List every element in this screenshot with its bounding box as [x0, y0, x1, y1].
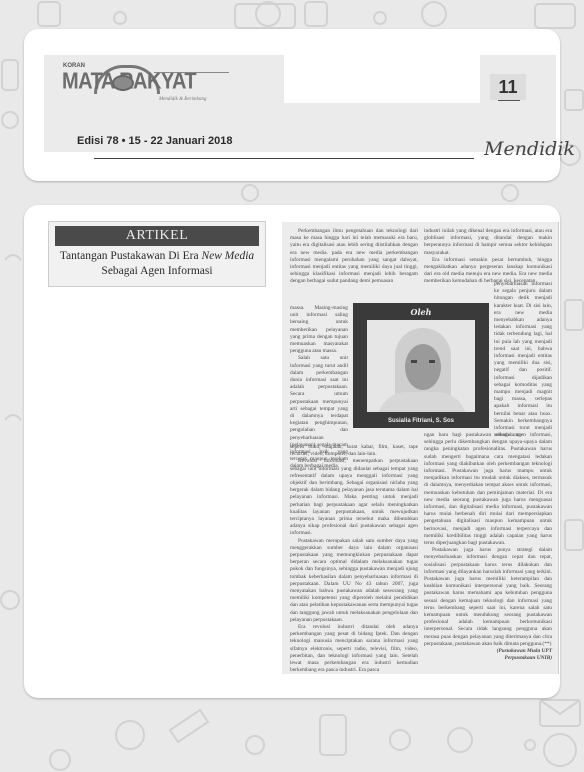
logo-tagline: Mendidik & Berimbang [159, 97, 207, 102]
paragraph: seperti buku, majalah, surat kabar, film… [290, 444, 418, 458]
article-category-label: ARTIKEL [55, 226, 259, 246]
paragraph: massa. Masing-masing unit informasi sali… [290, 305, 348, 355]
section-title: Mendidik dan [484, 138, 576, 160]
divider [94, 158, 474, 159]
author-label: Oleh [353, 307, 489, 317]
author-photo [367, 320, 475, 412]
author-name: Susialia Fitriani, S. Sos [353, 418, 489, 424]
logo-rule [154, 72, 229, 73]
logo-eye-icon [112, 75, 134, 91]
author-signature: Perpustakaan UNIB) [424, 655, 552, 662]
article-column: ngan baru bagi pustakawan sebagai agen i… [424, 432, 552, 663]
headline-text: Sebagai Agen Informasi [101, 265, 212, 277]
article-column: industri inilah yang dikenal dengan era … [424, 228, 552, 286]
article-card: ARTIKEL Tantangan Pustakawan Di Era New … [24, 205, 560, 698]
masthead-card: KORAN MATA RAKYAT Mendidik & Berimbang E… [24, 29, 560, 181]
headline-italic: New Media [201, 250, 254, 262]
article-column: penyebarluasan informasi ke segala penju… [494, 281, 552, 439]
divider [498, 100, 520, 101]
paragraph: Era revolusi industri ditandai oleh adan… [290, 624, 418, 674]
lock-icon [38, 2, 60, 26]
edition-date: Edisi 78 • 15 - 22 Januari 2018 [77, 135, 233, 147]
article-column: Perkembangan ilmu pengetahuan dan teknol… [290, 228, 418, 286]
chart-icon [235, 4, 295, 28]
photo-detail [411, 360, 435, 363]
headline-text: Tantangan Pustakawan Di Era [60, 250, 202, 262]
paragraph: penyebarluasan informasi ke segala penju… [494, 281, 552, 439]
newspaper-masthead-clipping: KORAN MATA RAKYAT Mendidik & Berimbang E… [44, 55, 556, 152]
article-title-clipping: ARTIKEL Tantangan Pustakawan Di Era New … [48, 221, 266, 287]
author-photo-box: Oleh Susialia Fitriani, S. Sos [353, 303, 489, 428]
clipping-cutout [284, 55, 480, 103]
photo-detail [377, 392, 467, 412]
article-headline: Tantangan Pustakawan Di Era New Media Se… [53, 249, 261, 279]
photo-detail [405, 344, 441, 390]
paragraph: industri inilah yang dikenal dengan era … [424, 228, 552, 257]
newspaper-logo: KORAN MATA RAKYAT Mendidik & Berimbang [54, 59, 234, 109]
paragraph: Pustakawan merupakan salah satu sumber d… [290, 538, 418, 624]
paragraph: ngan baru bagi pustakawan sebagai agen i… [424, 432, 552, 547]
article-column: seperti buku, majalah, surat kabar, film… [290, 444, 418, 675]
article-body-clipping: Perkembangan ilmu pengetahuan dan teknol… [282, 222, 559, 674]
paragraph: Revolusi informasi, menempatkan perpusta… [290, 458, 418, 537]
paragraph: Perkembangan ilmu pengetahuan dan teknol… [290, 228, 418, 286]
paragraph: Pustakawan juga harus punya strategi dal… [424, 547, 552, 648]
page-number: 11 [490, 74, 526, 100]
